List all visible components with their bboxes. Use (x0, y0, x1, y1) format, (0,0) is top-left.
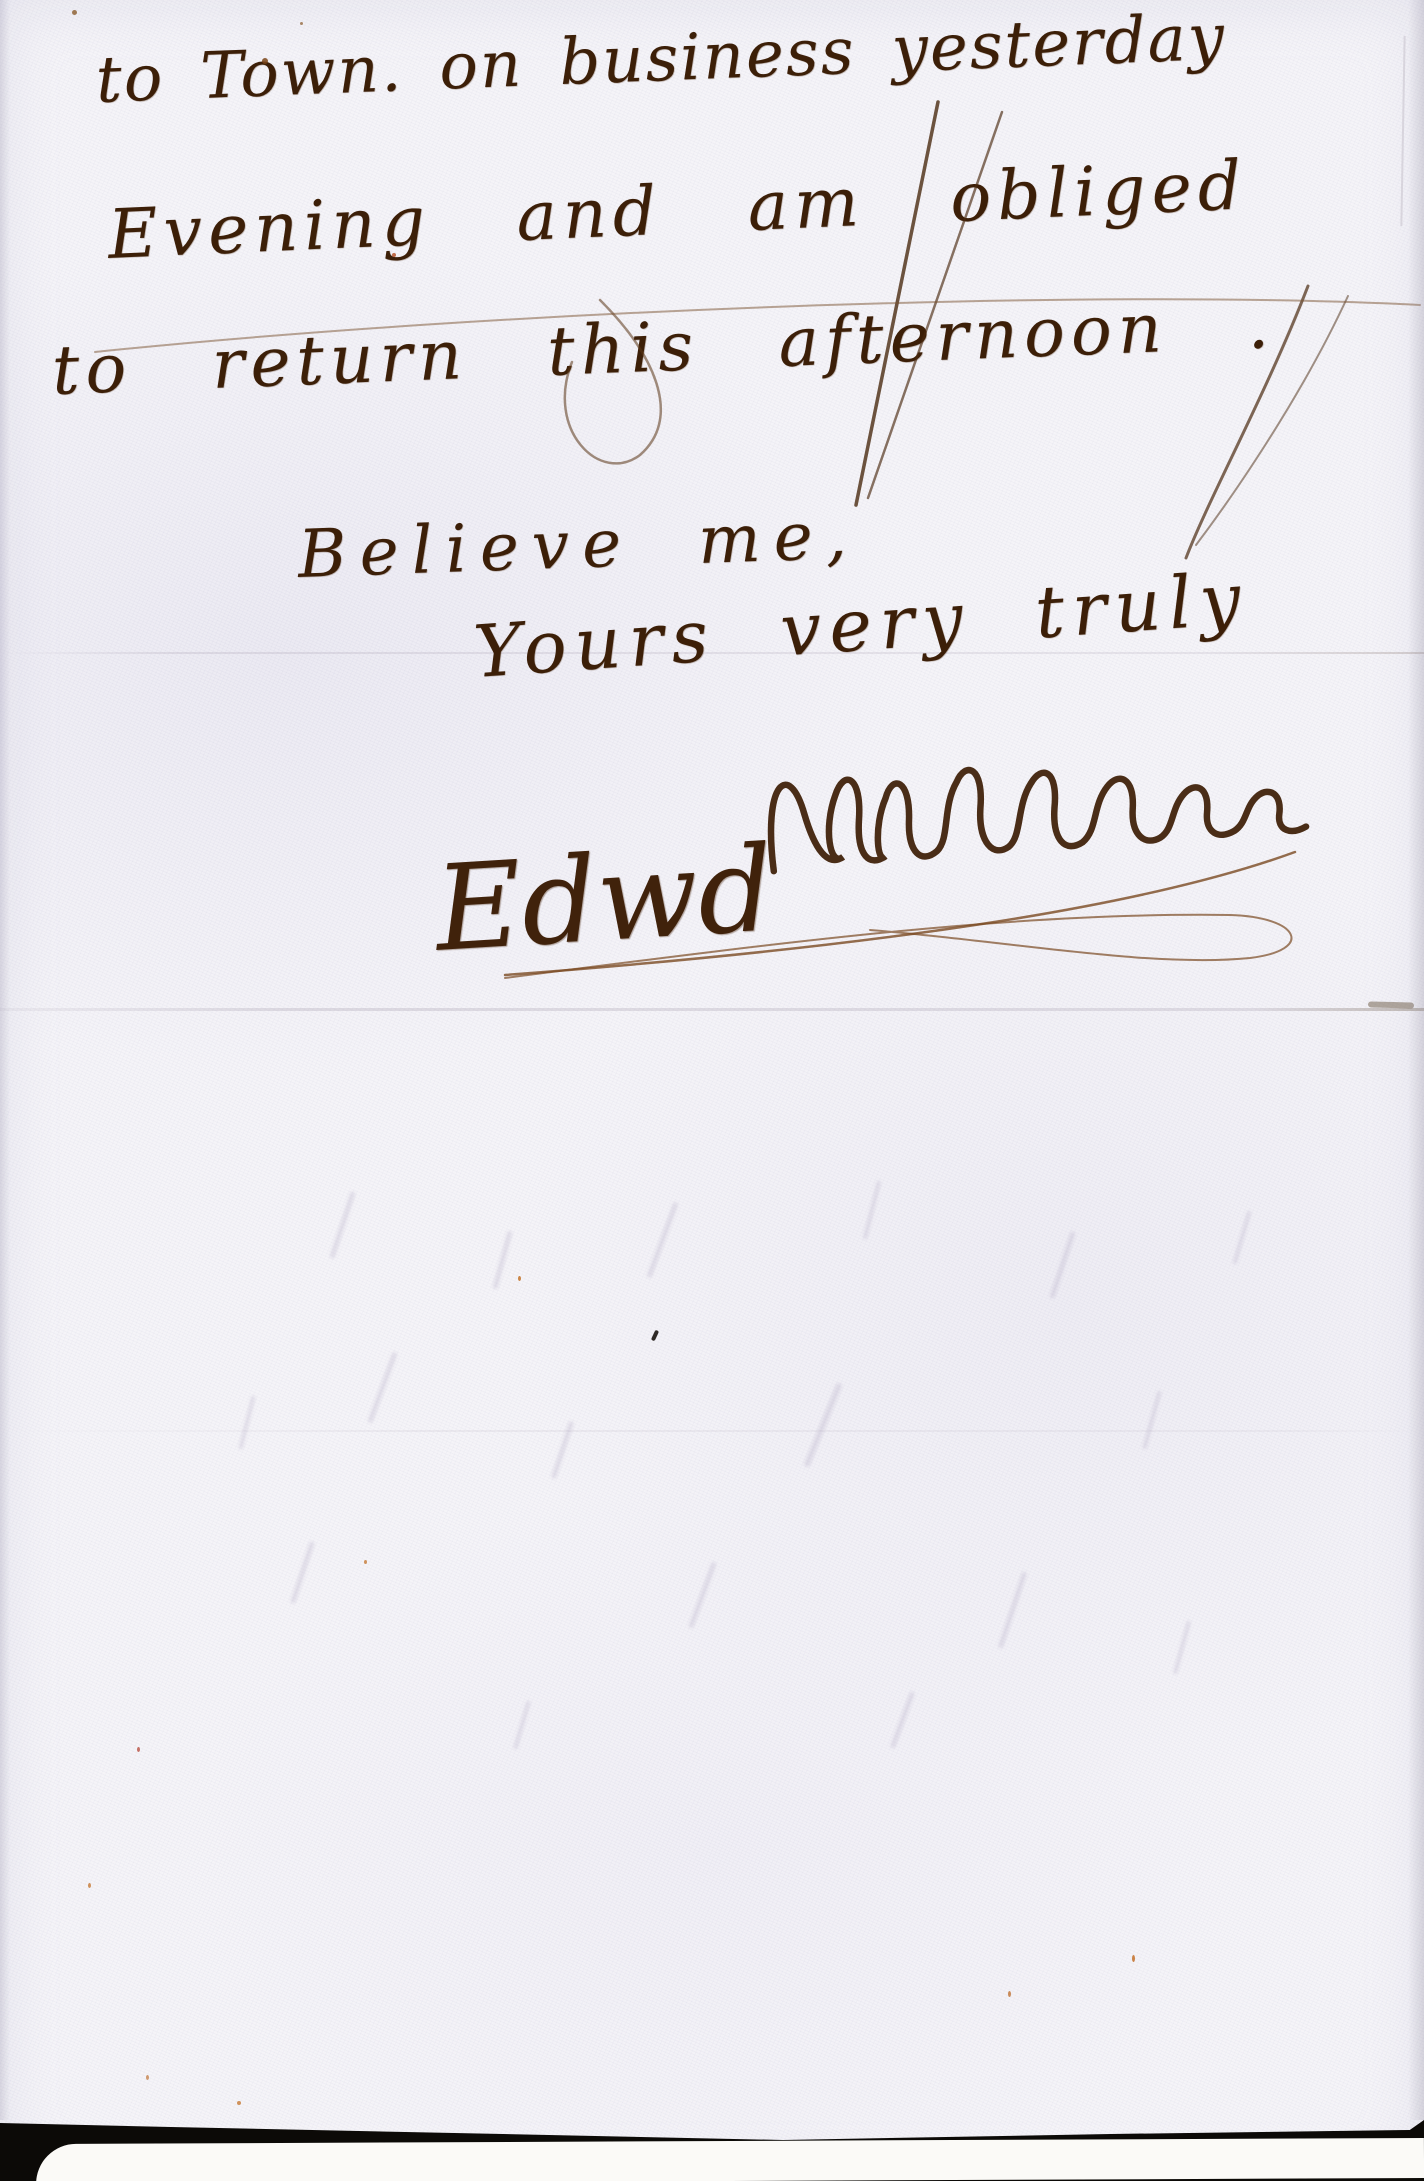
paper-left-edge-shadow (0, 0, 10, 2120)
signature-prefix-text: Edwd (431, 819, 777, 977)
letter-line-2: Evening and am obliged (106, 146, 1249, 275)
paper-right-edge-line (1400, 36, 1405, 226)
letter-scan-page: to Town. on business yesterday Evening a… (0, 0, 1424, 2181)
signature: Edwd (425, 687, 1337, 962)
letter-closing-believe-me: Believe me, (297, 496, 861, 593)
fold-crease-lower (0, 1430, 1424, 1432)
letter-line-3: to return this afternoon . (50, 285, 1276, 411)
signature-scribble (757, 688, 1328, 912)
next-sheet-corner (36, 2138, 1424, 2181)
paper-right-edge-shadow (1408, 0, 1424, 2120)
fold-crease-middle (0, 1008, 1424, 1011)
